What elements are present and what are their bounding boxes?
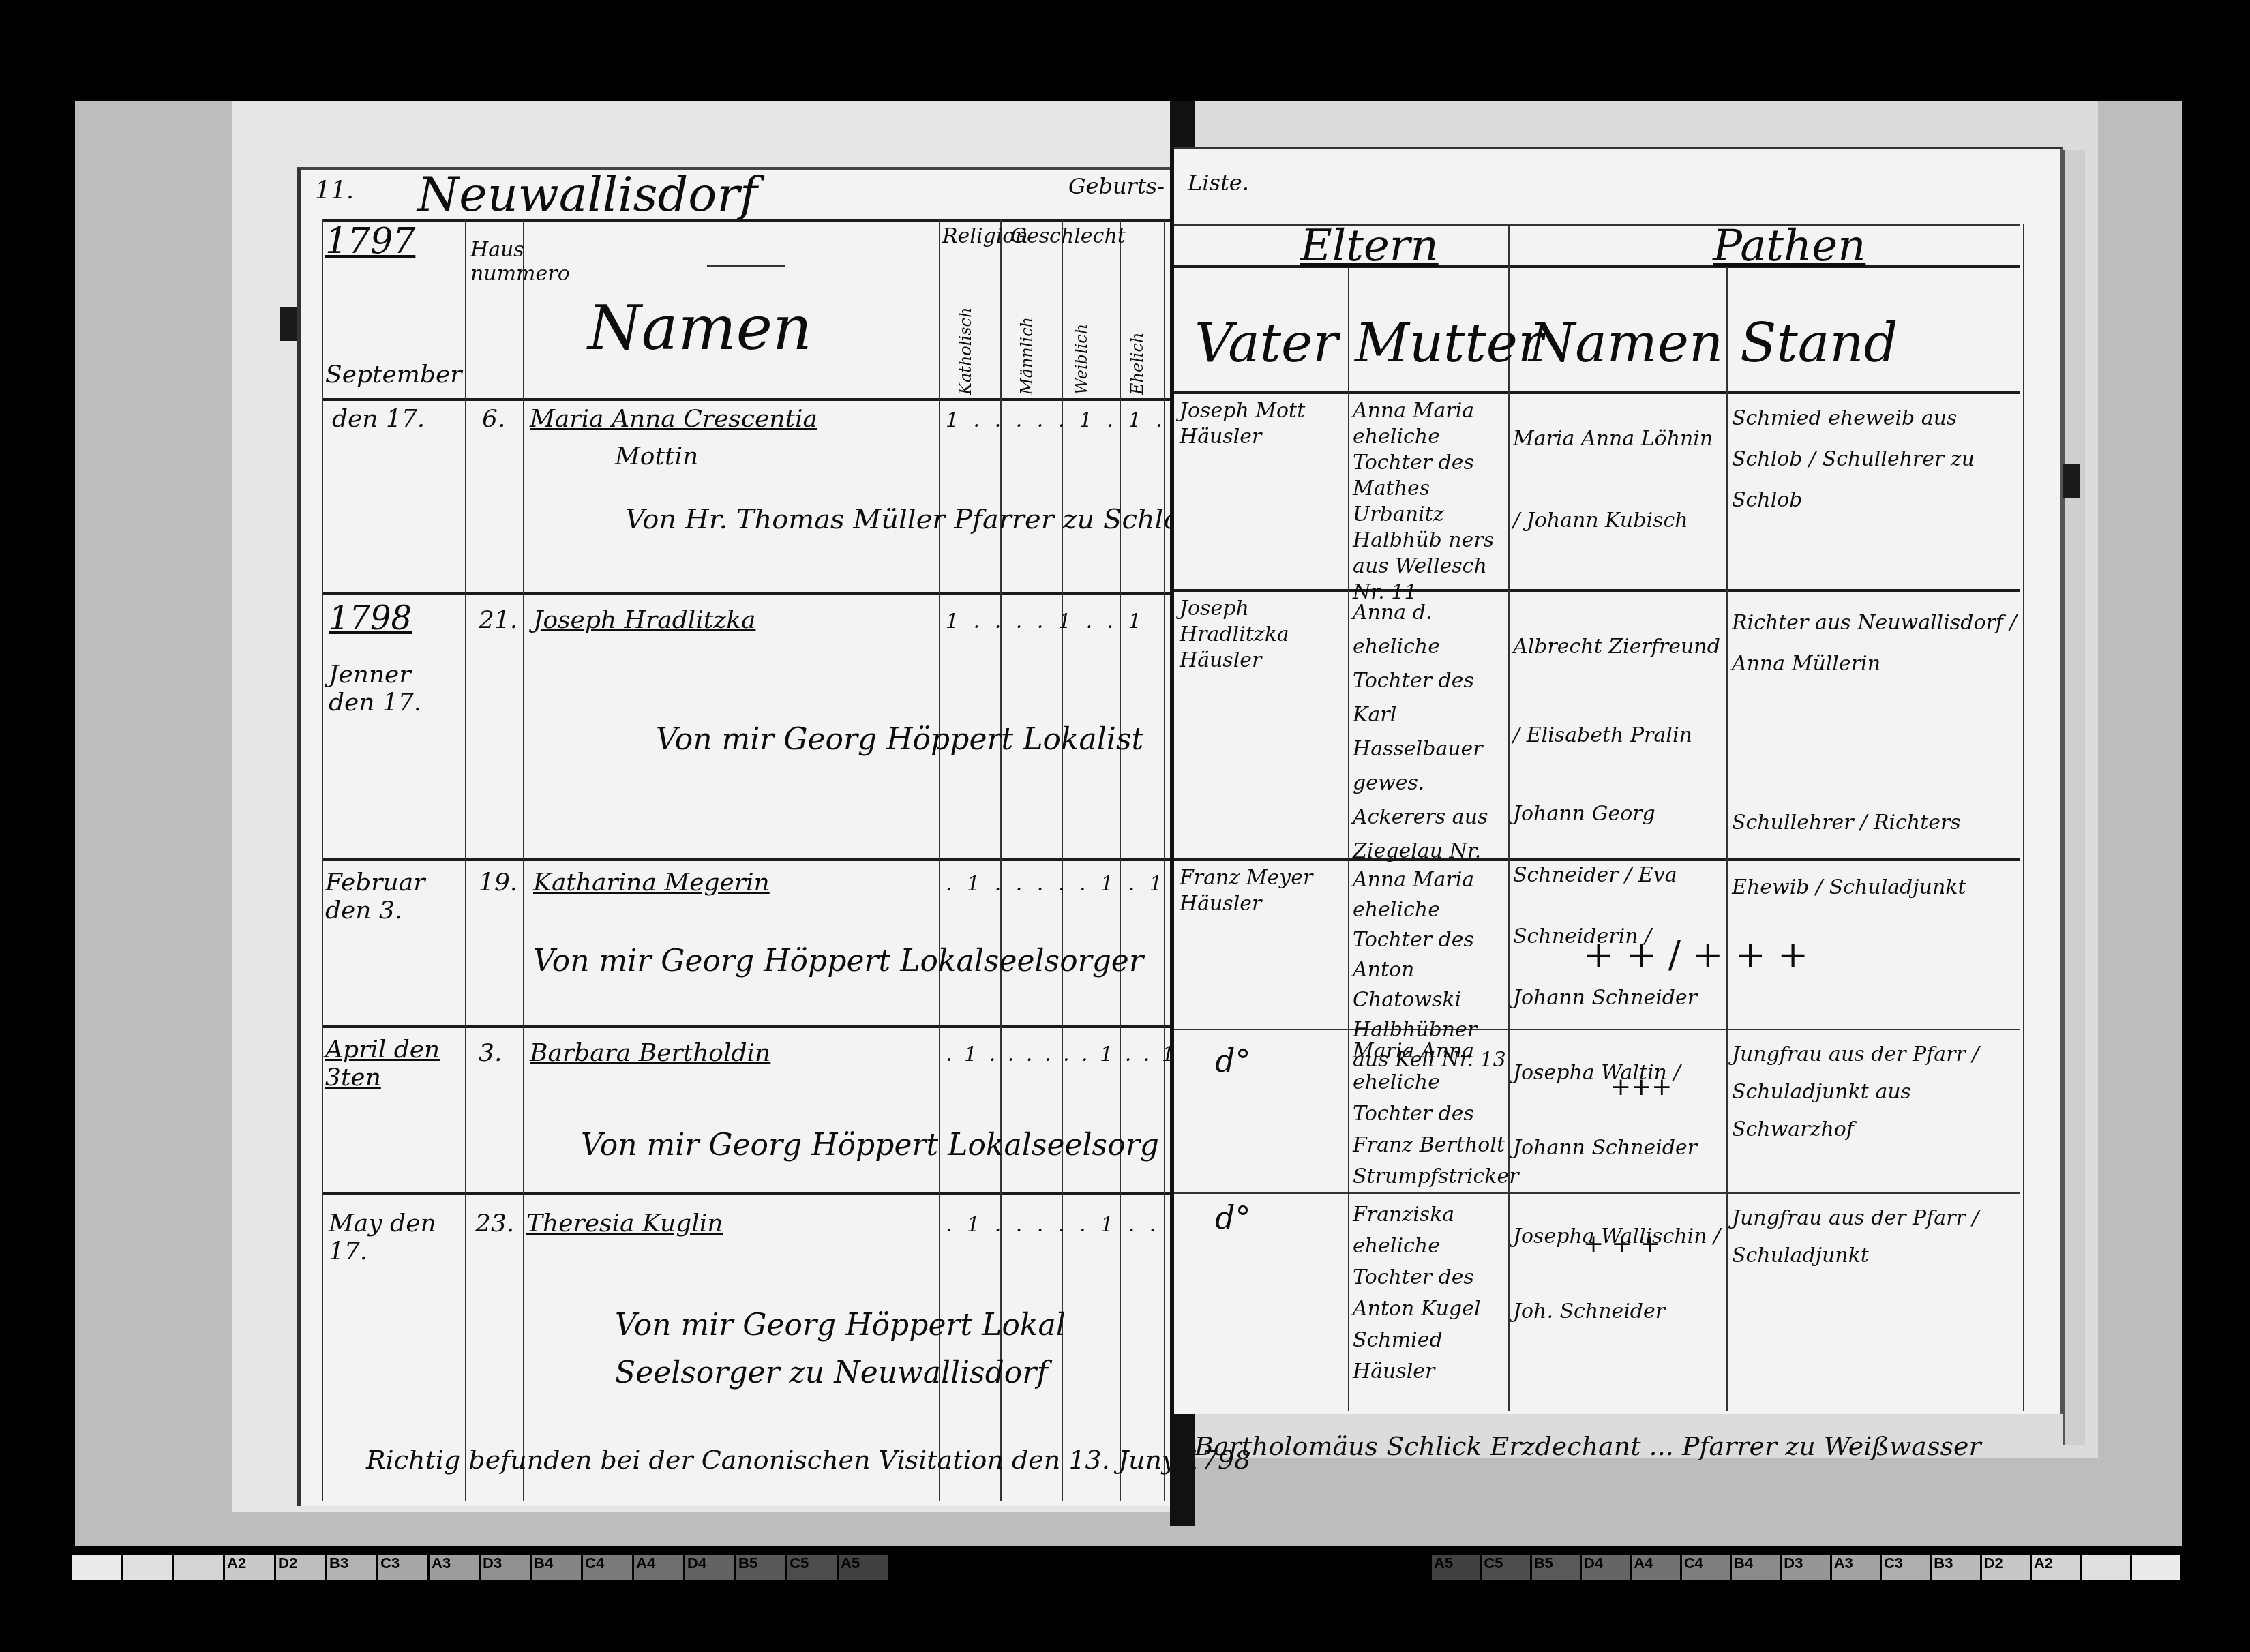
scale-patch: A3 [430,1555,481,1580]
entry-baptized-by: Von Hr. Thomas Müller Pfarrer zu Schlob [625,504,1197,535]
page-number: 11. [315,177,354,205]
scale-patch: D4 [685,1555,736,1580]
header-parents: Eltern [1300,221,1439,271]
header-male: Männlich [1017,317,1036,395]
entry-godparent-status: Jungfrau aus der Pfarr / Schuladjunkt [1732,1199,2018,1274]
scale-patch: D2 [1982,1555,2032,1580]
scale-patch: A3 [1832,1555,1882,1580]
col-rule [1348,265,1349,1411]
scale-patch [2132,1555,2182,1580]
entry-tally: 1 . . . . 1 . . 1 [946,610,1145,633]
entry-house: 19. [479,869,517,897]
header-godparent-status: Stand [1740,313,1897,374]
header-year: 1797 [325,221,415,262]
header-father: Vater [1195,313,1338,374]
entry-mother: Franziska eheliche Tochter des Anton Kug… [1353,1199,1506,1387]
scale-patch: B4 [532,1555,583,1580]
scale-patch: A5 [1432,1555,1482,1580]
right-page: Liste. Eltern Pathen Vater Mutter Namen … [1174,147,2063,1414]
page-edge-right [2062,150,2085,1445]
entry-godparent-status: Schullehrer / Richters Ehewib / Schuladj… [1732,790,2018,920]
scale-patch [174,1555,225,1580]
entry-child-name: Katharina Megerin [533,869,770,897]
entry-godparent-name: Josepha Wallischin / Joh. Schneider [1513,1199,1721,1349]
scale-patch: C5 [787,1555,839,1580]
scale-patch: C3 [378,1555,430,1580]
entry-godparent-name: Albrecht Zierfreund / Elisabeth Pralin [1513,603,1721,780]
header-name: Namen [588,292,812,364]
entry-baptized-by: Von mir Georg Höppert Lokalist [656,722,1143,757]
entry-father: Joseph Hradlitzka Häusler [1180,596,1343,674]
entry-tally: . 1 . . . . . . 1 . . 1 . [946,1042,1196,1066]
entry-father: d° [1215,1199,1250,1236]
scale-patch: D2 [276,1555,327,1580]
scale-patch: D3 [1782,1555,1831,1580]
visitation-note: Richtig befunden bei der Canonischen Vis… [366,1445,1250,1475]
scale-patch: A5 [839,1555,890,1580]
row-rule [322,858,1181,861]
entry-date: May den 17. [329,1210,458,1265]
scale-patch: D4 [1582,1555,1632,1580]
left-page: 11. Neuwallisdorf Geburts- 1797 Septembe… [297,167,1181,1506]
entry-baptized-by: Von mir Georg Höppert Lokalseelsorg [581,1128,1159,1162]
entry-godparent-status: Richter aus Neuwallisdorf / Anna Mülleri… [1732,603,2018,685]
entry-baptized-by: Von mir Georg Höppert Lokal Seelsorger z… [615,1302,1160,1397]
scale-patch: B5 [1532,1555,1582,1580]
entry-child-name: Theresia Kuglin [526,1210,723,1237]
entry-mother: Anna Maria eheliche Tochter des Mathes U… [1353,398,1506,605]
header-catholic: Katholisch [956,307,975,395]
scale-patch: A2 [2032,1555,2082,1580]
register-title-left: Geburts- [1068,173,1165,199]
entry-date: April den 3ten [325,1036,462,1092]
row-rule [322,1025,1181,1028]
col-rule [465,219,466,1501]
header-bottom-rule [322,398,1181,401]
entry-child-name: Barbara Bertholdin [530,1039,770,1067]
row-rule [1174,1029,2020,1030]
col-rule [523,219,524,1501]
entry-baptized-by: Von mir Georg Höppert Lokalseelsorger [533,944,1143,978]
row-rule [1174,589,2020,592]
entry-date: Jenner den 17. [329,661,458,717]
entry-mother: Anna d. eheliche Tochter des Karl Hassel… [1353,596,1506,869]
entry-father: Joseph Mott Häusler [1180,398,1343,450]
row-rule [322,1192,1181,1195]
entry-house: 6. [482,405,505,433]
scale-patch: C5 [1482,1555,1531,1580]
header-legitimate: Ehelich [1128,333,1147,395]
header-sex: Geschlecht [1010,224,1126,248]
entry-child-name: Maria Anna Crescentia [530,405,817,433]
entry-godparent-name: Maria Anna Löhnin / Johann Kubisch [1513,398,1721,562]
entry-godparent-name: Johann Georg Schneider / Eva Schneiderin… [1513,783,1721,1029]
row-rule [322,592,1181,595]
entry-year: 1798 [329,599,412,637]
entry-date: den 17. [332,405,425,433]
entry-child-name: Joseph Hradlitzka [533,606,755,634]
entry-house: 23. [475,1210,514,1237]
entry-mother: Maria Anna eheliche Tochter des Franz Be… [1353,1036,1506,1192]
scale-patch: B4 [1732,1555,1782,1580]
entry-father: Franz Meyer Häusler [1180,865,1343,917]
col-rule [322,219,323,1501]
col-rule [1726,265,1728,1411]
entry-tally: . 1 . . . . . 1 . 1 . [946,872,1188,896]
cross-marks: + + + [1583,1230,1660,1258]
scale-patch [2082,1555,2131,1580]
microfilm-scan: 11. Neuwallisdorf Geburts- 1797 Septembe… [0,0,2250,1652]
cross-marks: + + / + + + [1583,933,1808,976]
scale-patch: C4 [583,1555,634,1580]
signature-note: Bartholomäus Schlick Erzdechant ... Pfar… [1195,1431,1981,1461]
header-house-number: Haus nummero [470,238,518,286]
scale-patch: B3 [1932,1555,1981,1580]
scale-patch: A4 [1632,1555,1681,1580]
entry-godparent-name: Josepha Waltin / Johann Schneider [1513,1036,1721,1186]
col-rule [2023,224,2024,1411]
register-title-right: Liste. [1188,170,1249,196]
entry-date: Februar den 3. [325,869,462,925]
cross-marks: +++ [1610,1073,1672,1101]
scale-patch: A4 [634,1555,685,1580]
header-godparent-name: Namen [1529,313,1723,374]
parish-title: Neuwallisdorf [417,166,757,222]
scale-patch: B5 [736,1555,787,1580]
entry-surname: Mottin [615,442,698,470]
entry-godparent-status: Jungfrau aus der Pfarr / Schuladjunkt au… [1732,1036,2018,1148]
header-rule [322,219,1181,222]
scale-patch [72,1555,123,1580]
color-scale-left: A2D2B3C3A3D3B4C4A4D4B5C5A5 [72,1555,890,1580]
scale-patch: B3 [327,1555,378,1580]
scale-patch: C3 [1882,1555,1932,1580]
scale-patch [123,1555,174,1580]
header-bottom-rule [1174,391,2020,394]
header-mother: Mutter [1355,313,1543,374]
header-godparents: Pathen [1713,221,1865,271]
entry-godparent-status: Schmied eheweib aus Schlob / Schullehrer… [1732,398,2018,521]
header-month: September [325,361,462,389]
entry-house: 3. [479,1039,502,1067]
subheader-rule [707,265,785,267]
scale-patch: D3 [481,1555,532,1580]
color-scale-right: A5C5B5D4A4C4B4D3A3C3B3D2A2 [1432,1555,2182,1580]
scale-patch: A2 [225,1555,276,1580]
entry-tally: . 1 . . . . . 1 . . 1 [946,1213,1188,1237]
entry-father: d° [1215,1042,1250,1079]
row-rule [1174,1192,2020,1194]
col-rule [1508,224,1510,1411]
entry-house: 21. [479,606,517,634]
header-female: Weiblich [1072,324,1091,395]
scale-patch: C4 [1682,1555,1732,1580]
